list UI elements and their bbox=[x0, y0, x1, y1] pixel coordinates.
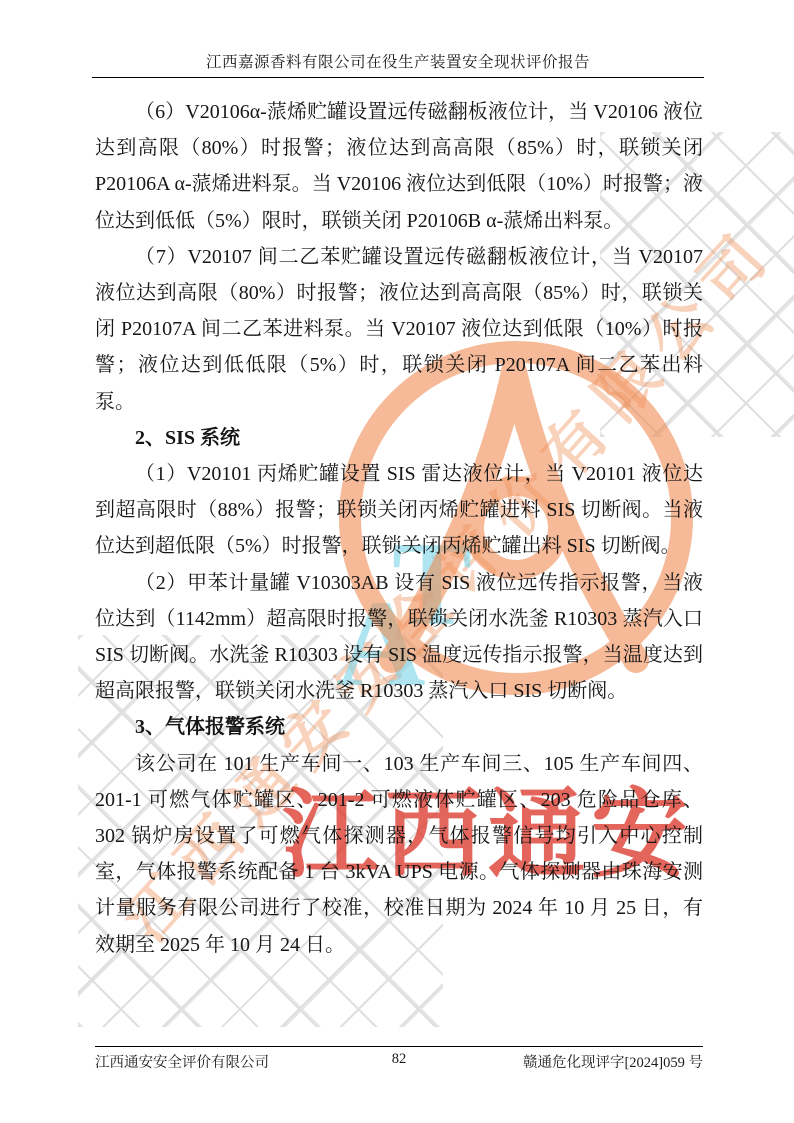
footer-doc-number: 赣通危化现评字[2024]059 号 bbox=[500, 1051, 703, 1072]
body-paragraph: （2）甲苯计量罐 V10303AB 设有 SIS 液位远传指示报警，当液位达到（… bbox=[95, 565, 703, 710]
page-content: 江西嘉源香料有限公司在役生产装置安全现状评价报告 （6）V20106α-蒎烯贮罐… bbox=[0, 0, 794, 1123]
document-page: 江西通安安全评价有限公司 T A 江西通安 江西嘉源香料有限公司在役生产装置安全… bbox=[0, 0, 794, 1123]
footer-page-number: 82 bbox=[298, 1051, 501, 1072]
body-paragraphs: （6）V20106α-蒎烯贮罐设置远传磁翻板液位计，当 V20106 液位达到高… bbox=[95, 94, 703, 963]
header-title: 江西嘉源香料有限公司在役生产装置安全现状评价报告 bbox=[206, 54, 590, 71]
page-header: 江西嘉源香料有限公司在役生产装置安全现状评价报告 bbox=[92, 50, 704, 78]
section-heading: 3、气体报警系统 bbox=[95, 709, 703, 745]
body-paragraph: （6）V20106α-蒎烯贮罐设置远传磁翻板液位计，当 V20106 液位达到高… bbox=[95, 94, 703, 239]
body-paragraph: （1）V20101 丙烯贮罐设置 SIS 雷达液位计，当 V20101 液位达到… bbox=[95, 456, 703, 565]
section-heading: 2、SIS 系统 bbox=[95, 420, 703, 456]
page-footer: 江西通安安全评价有限公司 82 赣通危化现评字[2024]059 号 bbox=[95, 1046, 703, 1072]
footer-company: 江西通安安全评价有限公司 bbox=[95, 1051, 298, 1072]
body-paragraph: （7）V20107 间二乙苯贮罐设置远传磁翻板液位计，当 V20107 液位达到… bbox=[95, 239, 703, 420]
body-paragraph: 该公司在 101 生产车间一、103 生产车间三、105 生产车间四、201-1… bbox=[95, 746, 703, 963]
